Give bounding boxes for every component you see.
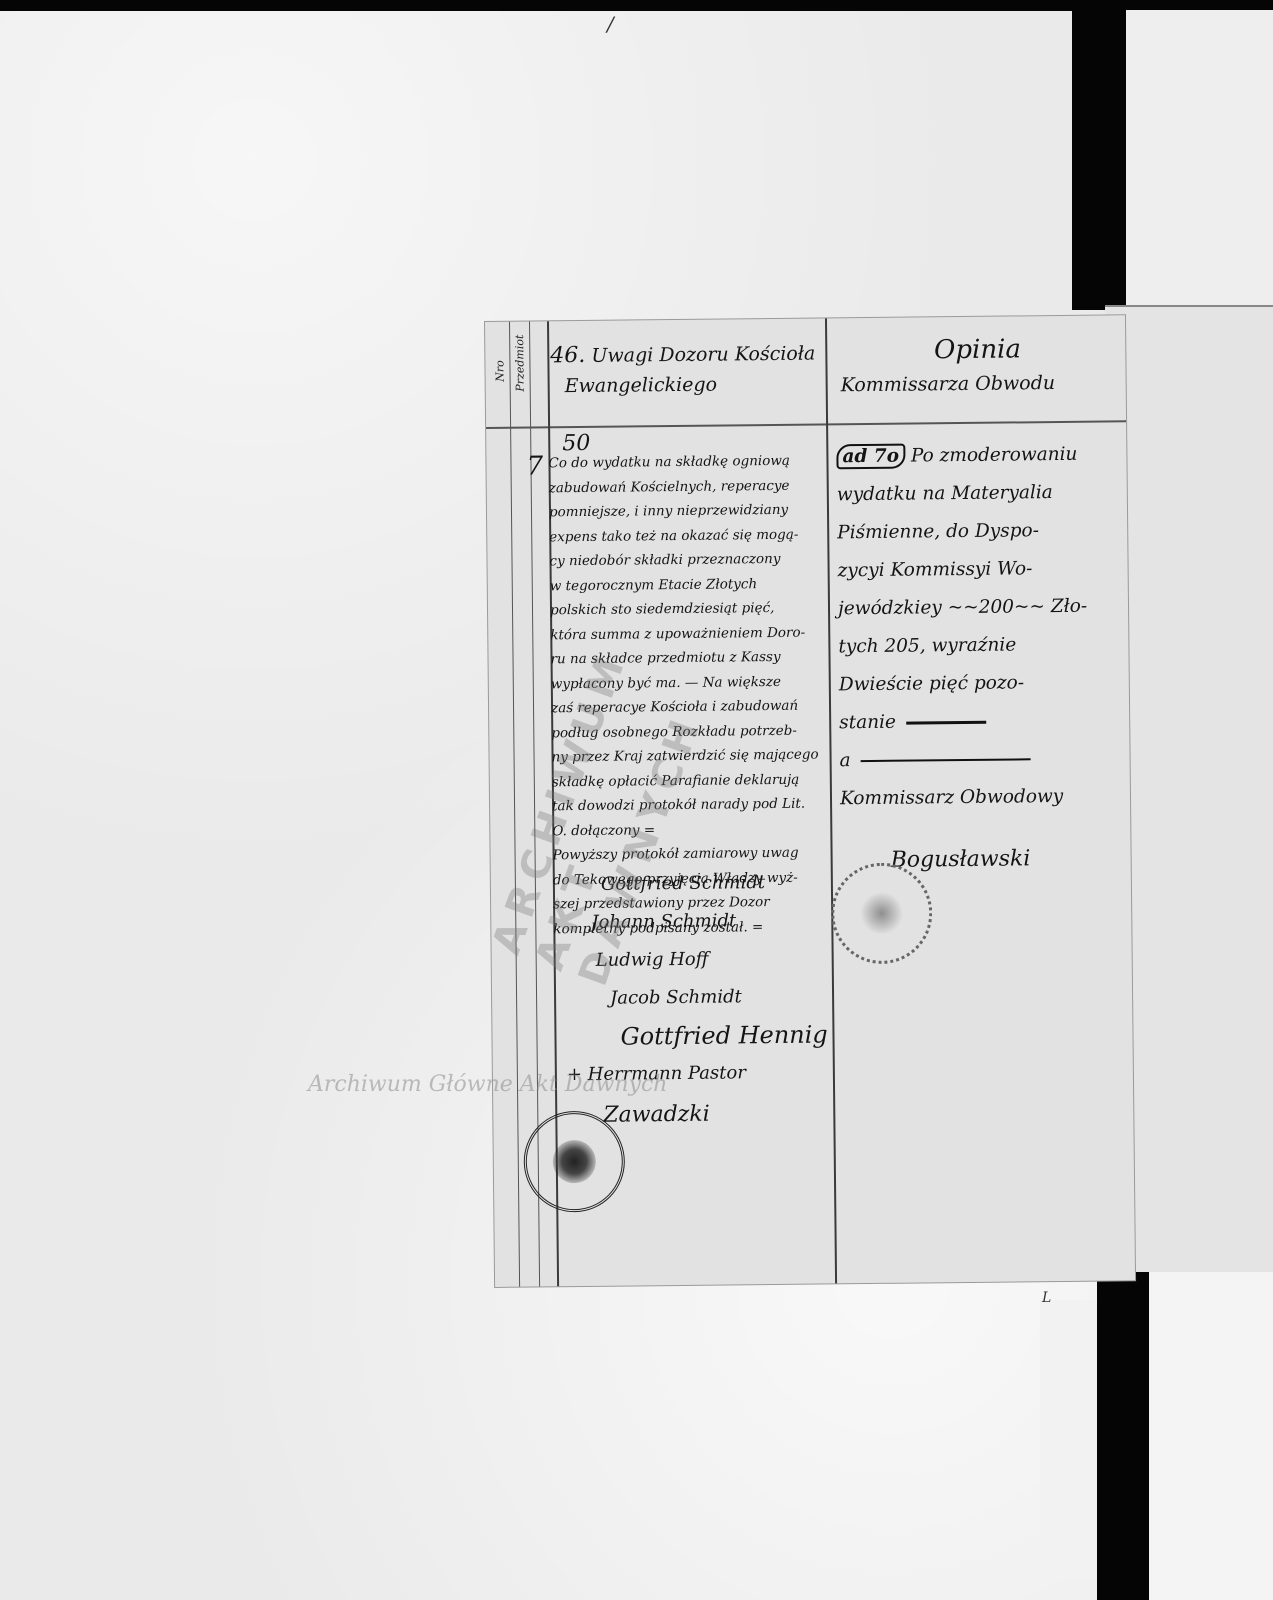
right-line-4: zycyi Kommissyi Wo- <box>837 550 1086 591</box>
scan-gap-strip-bottom <box>1097 1264 1149 1600</box>
right-line-5: jewódzkiey ~~200~~ Zło- <box>838 588 1087 629</box>
closing-underline <box>906 720 986 724</box>
right-line-8-text: stanie <box>839 712 896 734</box>
column-rule-1 <box>509 322 520 1287</box>
header-narrow-col-2: Przedmiot <box>513 335 527 392</box>
right-line-1: ad 7o Po zmoderowaniu <box>836 436 1085 477</box>
header-left-line-1: Uwagi Dozoru Kościoła <box>591 343 815 367</box>
left-line: wypłacony być ma. — Na większe <box>551 669 818 696</box>
right-line-2: wydatku na Materyalia <box>837 474 1086 515</box>
signature-block: Gottfried Schmidt Johann Schmidt Ludwig … <box>591 863 829 1093</box>
header-right-line-1: Opinia <box>840 332 1055 368</box>
signature-5: Gottfried Hennig <box>592 1015 828 1055</box>
left-line: O. dołączony = <box>552 816 819 843</box>
table-header: Nro Przedmiot 46. Uwagi Dozoru Kościoła … <box>485 315 1126 429</box>
right-signatory-title: Kommissarz Obwodowy <box>840 778 1089 819</box>
column-rule-4 <box>825 318 837 1283</box>
right-line-1-text: Po zmoderowaniu <box>911 444 1078 467</box>
header-left-line-2: Ewangelickiego <box>551 374 718 398</box>
signature-1: Gottfried Schmidt <box>591 863 827 903</box>
right-closing-mark: a <box>839 740 1088 781</box>
entry-row-number: 7 <box>526 451 543 481</box>
left-line: expens tako też na okazać się mogą- <box>549 522 816 549</box>
left-line: cy niedobór składki przeznaczony <box>549 547 816 574</box>
left-line: w tegorocznym Etacie Złotych <box>550 571 817 598</box>
ad-label: ad 7o <box>836 444 905 470</box>
left-line: ny przez Kraj zatwierdzić się mającego <box>551 743 818 770</box>
left-line: pomniejsze, i inny nieprzewidziany <box>549 498 816 525</box>
right-line-7: Dwieście pięć pozo- <box>839 664 1088 705</box>
top-margin-mark: / <box>607 12 614 36</box>
left-line: tak dowodzi protokół narady pod Lit. <box>552 792 819 819</box>
signature-3: Ludwig Hoff <box>591 939 827 979</box>
commissioner-seal-stamp <box>831 862 933 964</box>
scan-gap-strip-top <box>1072 0 1126 310</box>
left-line: ru na składce przedmiotu z Kassy <box>550 645 817 672</box>
bottom-signature: Zawadzki <box>603 1102 710 1128</box>
adjacent-page-bottom-left <box>1040 1300 1097 1580</box>
seal-emblem-icon <box>860 892 903 935</box>
right-line-3: Piśmienne, do Dyspo- <box>837 512 1086 553</box>
left-line: zaś reperacye Kościoła i zabudowań <box>551 694 818 721</box>
left-line: podług osobnego Rozkładu potrzeb- <box>551 718 818 745</box>
right-column-text: ad 7o Po zmoderowaniu wydatku na Materya… <box>836 436 1089 819</box>
header-narrow-col-1: Nro <box>493 360 506 382</box>
adjacent-page-top <box>1126 10 1273 310</box>
right-line-8: stanie <box>839 702 1088 743</box>
bottom-margin-mark: L <box>1042 1290 1051 1306</box>
commissioner-signature: Bogusławski <box>891 846 1031 872</box>
header-left-title: 46. Uwagi Dozoru Kościoła Ewangelickiego <box>550 339 816 402</box>
parish-seal-stamp <box>523 1111 625 1213</box>
left-line: składkę opłacić Parafianie deklarują <box>552 767 819 794</box>
closing-line <box>861 758 1031 762</box>
header-right-line-2: Kommissarza Obwodu <box>841 372 1056 396</box>
closing-mark-text: a <box>840 750 851 771</box>
signature-4: Jacob Schmidt <box>592 977 828 1017</box>
archive-watermark-text: Archiwum Główne Akt Dawnych <box>308 1072 667 1097</box>
adjacent-page-bottom-right <box>1149 1264 1273 1600</box>
header-right-title: Opinia Kommissarza Obwodu <box>840 332 1055 402</box>
right-line-6: tych 205, wyraźnie <box>838 626 1087 667</box>
document-sheet: Nro Przedmiot 46. Uwagi Dozoru Kościoła … <box>485 315 1135 1287</box>
left-line: zabudowań Kościelnych, reperacye <box>549 473 816 500</box>
header-left-number: 46. <box>550 343 585 368</box>
signature-2: Johann Schmidt <box>591 901 827 941</box>
eagle-emblem-icon <box>553 1140 596 1183</box>
left-line: która summa z upoważnieniem Doro- <box>550 620 817 647</box>
left-line: Co do wydatku na składkę ogniową <box>548 449 815 476</box>
left-line: polskich sto siedemdziesiąt pięć, <box>550 596 817 623</box>
